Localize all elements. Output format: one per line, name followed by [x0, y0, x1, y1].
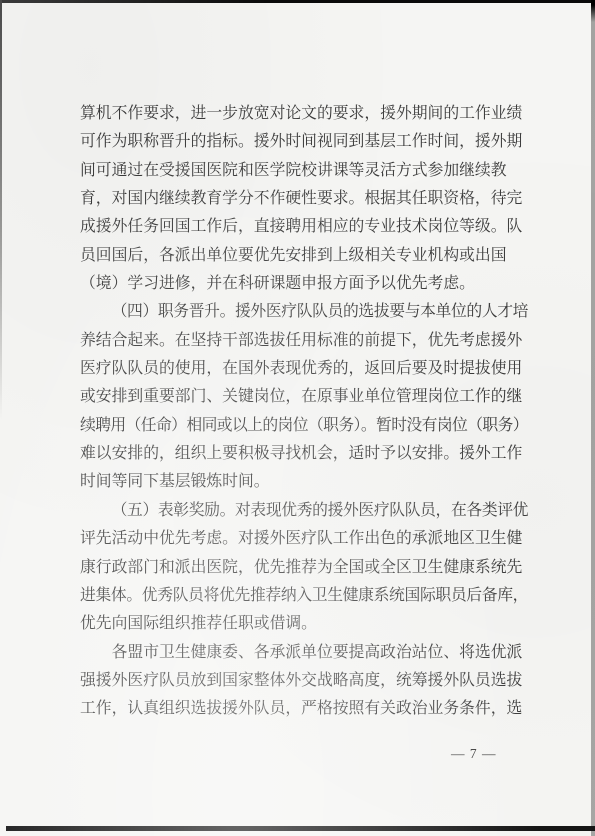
- text-line: 强援外医疗队员放到国家整体外交战略高度，统筹援外队员选拔: [80, 667, 528, 695]
- text-line: 养结合起来。在坚持干部选拔任用标准的前提下，优先考虑援外: [80, 327, 528, 355]
- text-line: 评先活动中优先考虑。对援外医疗队工作出色的承派地区卫生健: [80, 525, 528, 553]
- page-number: — 7 —: [451, 746, 497, 762]
- text-line: 难以安排的，组织上要积极寻找机会，适时予以安排。援外工作: [80, 440, 528, 468]
- text-line: 或安排到重要部门、关键岗位，在原事业单位管理岗位工作的继: [80, 383, 528, 411]
- text-line: （四）职务晋升。援外医疗队队员的选拔要与本单位的人才培: [80, 298, 528, 326]
- text-line: 工作，认真组织选拔援外队员，严格按照有关政治业务条件，选: [80, 695, 528, 723]
- text-line: 时间等同下基层锻炼时间。: [80, 468, 528, 496]
- text-line: 间可通过在受援国医院和医学院校讲课等灵活方式参加继续教: [80, 157, 528, 185]
- document-page: 算机不作要求，进一步放宽对论文的要求，援外期间的工作业绩可作为职称晋升的指标。援…: [0, 0, 595, 836]
- text-line: 医疗队队员的使用，在国外表现优秀的，返回后要及时提拔使用: [80, 355, 528, 383]
- text-line: 可作为职称晋升的指标。援外时间视同到基层工作时间，援外期: [80, 128, 528, 156]
- text-line: 进集体。优秀队员将优先推荐纳入卫生健康系统国际职员后备库，: [80, 582, 528, 610]
- text-line: 续聘用（任命）相同或以上的岗位（职务）。暂时没有岗位（职务）: [80, 412, 528, 440]
- scan-edge-bottom: [6, 826, 595, 831]
- scan-edge-right: [591, 0, 595, 836]
- text-line: 康行政部门和派出医院，优先推荐为全国或全区卫生健康系统先: [80, 554, 528, 582]
- document-body: 算机不作要求，进一步放宽对论文的要求，援外期间的工作业绩可作为职称晋升的指标。援…: [80, 100, 528, 724]
- scan-edge-left: [0, 0, 2, 420]
- text-line: 成援外任务回国工作后，直接聘用相应的专业技术岗位等级。队: [80, 213, 528, 241]
- text-line: 算机不作要求，进一步放宽对论文的要求，援外期间的工作业绩: [80, 100, 528, 128]
- text-line: （五）表彰奖励。对表现优秀的援外医疗队队员，在各类评优: [80, 497, 528, 525]
- text-line: 各盟市卫生健康委、各承派单位要提高政治站位、将选优派: [80, 639, 528, 667]
- text-line: 优先向国际组织推荐任职或借调。: [80, 610, 528, 638]
- scan-edge-top: [0, 0, 595, 3]
- text-line: 员回国后，各派出单位要优先安排到上级相关专业机构或出国: [80, 242, 528, 270]
- text-line: （境）学习进修，并在科研课题申报方面予以优先考虑。: [80, 270, 528, 298]
- text-line: 育，对国内继续教育学分不作硬性要求。根据其任职资格，待完: [80, 185, 528, 213]
